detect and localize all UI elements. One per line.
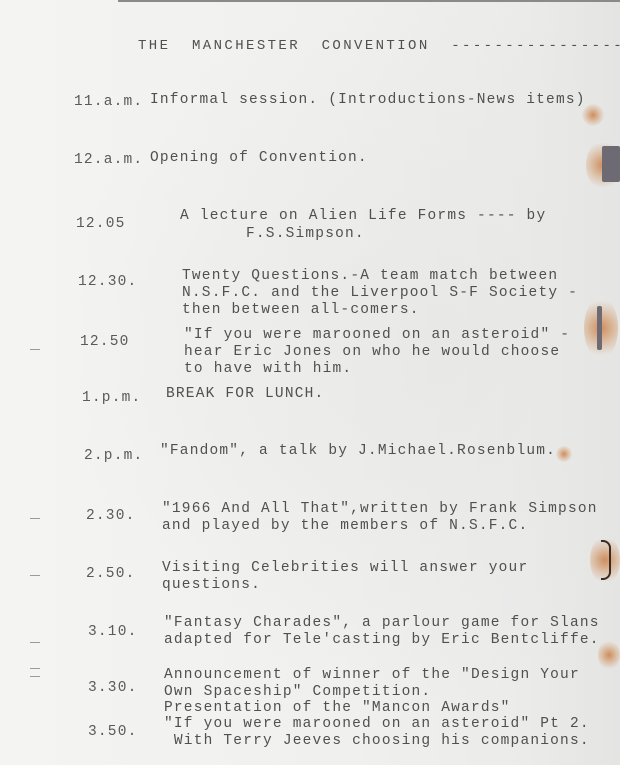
event-text: hear Eric Jones on who he would choose: [184, 344, 560, 360]
event-text: questions.: [162, 577, 261, 593]
event-text: Presentation of the "Mancon Awards": [164, 700, 511, 716]
event-text: "If you were marooned on an asteroid" -: [184, 327, 570, 343]
event-text: A lecture on Alien Life Forms ---- by: [180, 208, 546, 224]
time-1100: 11.a.m.: [74, 94, 143, 110]
margin-mark: [30, 518, 40, 519]
page-title: THE MANCHESTER CONVENTION --------------…: [138, 38, 620, 54]
event-text: Announcement of winner of the "Design Yo…: [164, 667, 580, 683]
event-text: Opening of Convention.: [150, 150, 368, 166]
time-1550: 3.50.: [88, 724, 138, 740]
event-text: "If you were marooned on an asteroid" Pt…: [164, 716, 590, 732]
event-text: Informal session. (Introductions-News it…: [150, 92, 586, 108]
time-1450: 2.50.: [86, 566, 136, 582]
event-text: "Fandom", a talk by J.Michael.Rosenblum.: [160, 443, 556, 459]
time-1530: 3.30.: [88, 680, 138, 696]
burn-mark: [556, 446, 572, 462]
margin-mark: [30, 676, 40, 677]
margin-mark: [30, 349, 40, 350]
burn-mark: [582, 104, 604, 126]
burn-mark: [598, 640, 620, 670]
event-text: and played by the members of N.S.F.C.: [162, 518, 528, 534]
time-1230: 12.30.: [78, 274, 137, 290]
event-text: adapted for Tele'casting by Eric Bentcli…: [164, 632, 600, 648]
page-edge-shadow: [118, 0, 620, 2]
event-text: "1966 And All That",written by Frank Sim…: [162, 501, 598, 517]
event-text: to have with him.: [184, 361, 352, 377]
time-1250: 12.50: [80, 334, 130, 350]
binding-hole: [597, 306, 602, 350]
margin-mark: [30, 668, 40, 669]
staple-icon: [601, 540, 611, 580]
time-1430: 2.30.: [86, 508, 136, 524]
event-text: Visiting Celebrities will answer your: [162, 560, 528, 576]
event-text: Twenty Questions.-A team match between: [182, 268, 558, 284]
time-1205: 12.05: [76, 216, 126, 232]
time-1300: 1.p.m.: [82, 390, 141, 406]
margin-mark: [30, 642, 40, 643]
typewritten-page: THE MANCHESTER CONVENTION --------------…: [0, 0, 620, 765]
binding-hole: [602, 146, 620, 182]
event-text: F.S.Simpson.: [246, 226, 365, 242]
time-1200: 12.a.m.: [74, 152, 143, 168]
event-text: then between all-comers.: [182, 302, 420, 318]
event-text: With Terry Jeeves choosing his companion…: [164, 733, 590, 749]
event-text: "Fantasy Charades", a parlour game for S…: [164, 615, 600, 631]
event-text: N.S.F.C. and the Liverpool S-F Society -: [182, 285, 578, 301]
time-1510: 3.10.: [88, 624, 138, 640]
event-text: BREAK FOR LUNCH.: [166, 386, 324, 402]
margin-mark: [30, 575, 40, 576]
time-1400: 2.p.m.: [84, 448, 143, 464]
event-text: Own Spaceship" Competition.: [164, 684, 431, 700]
